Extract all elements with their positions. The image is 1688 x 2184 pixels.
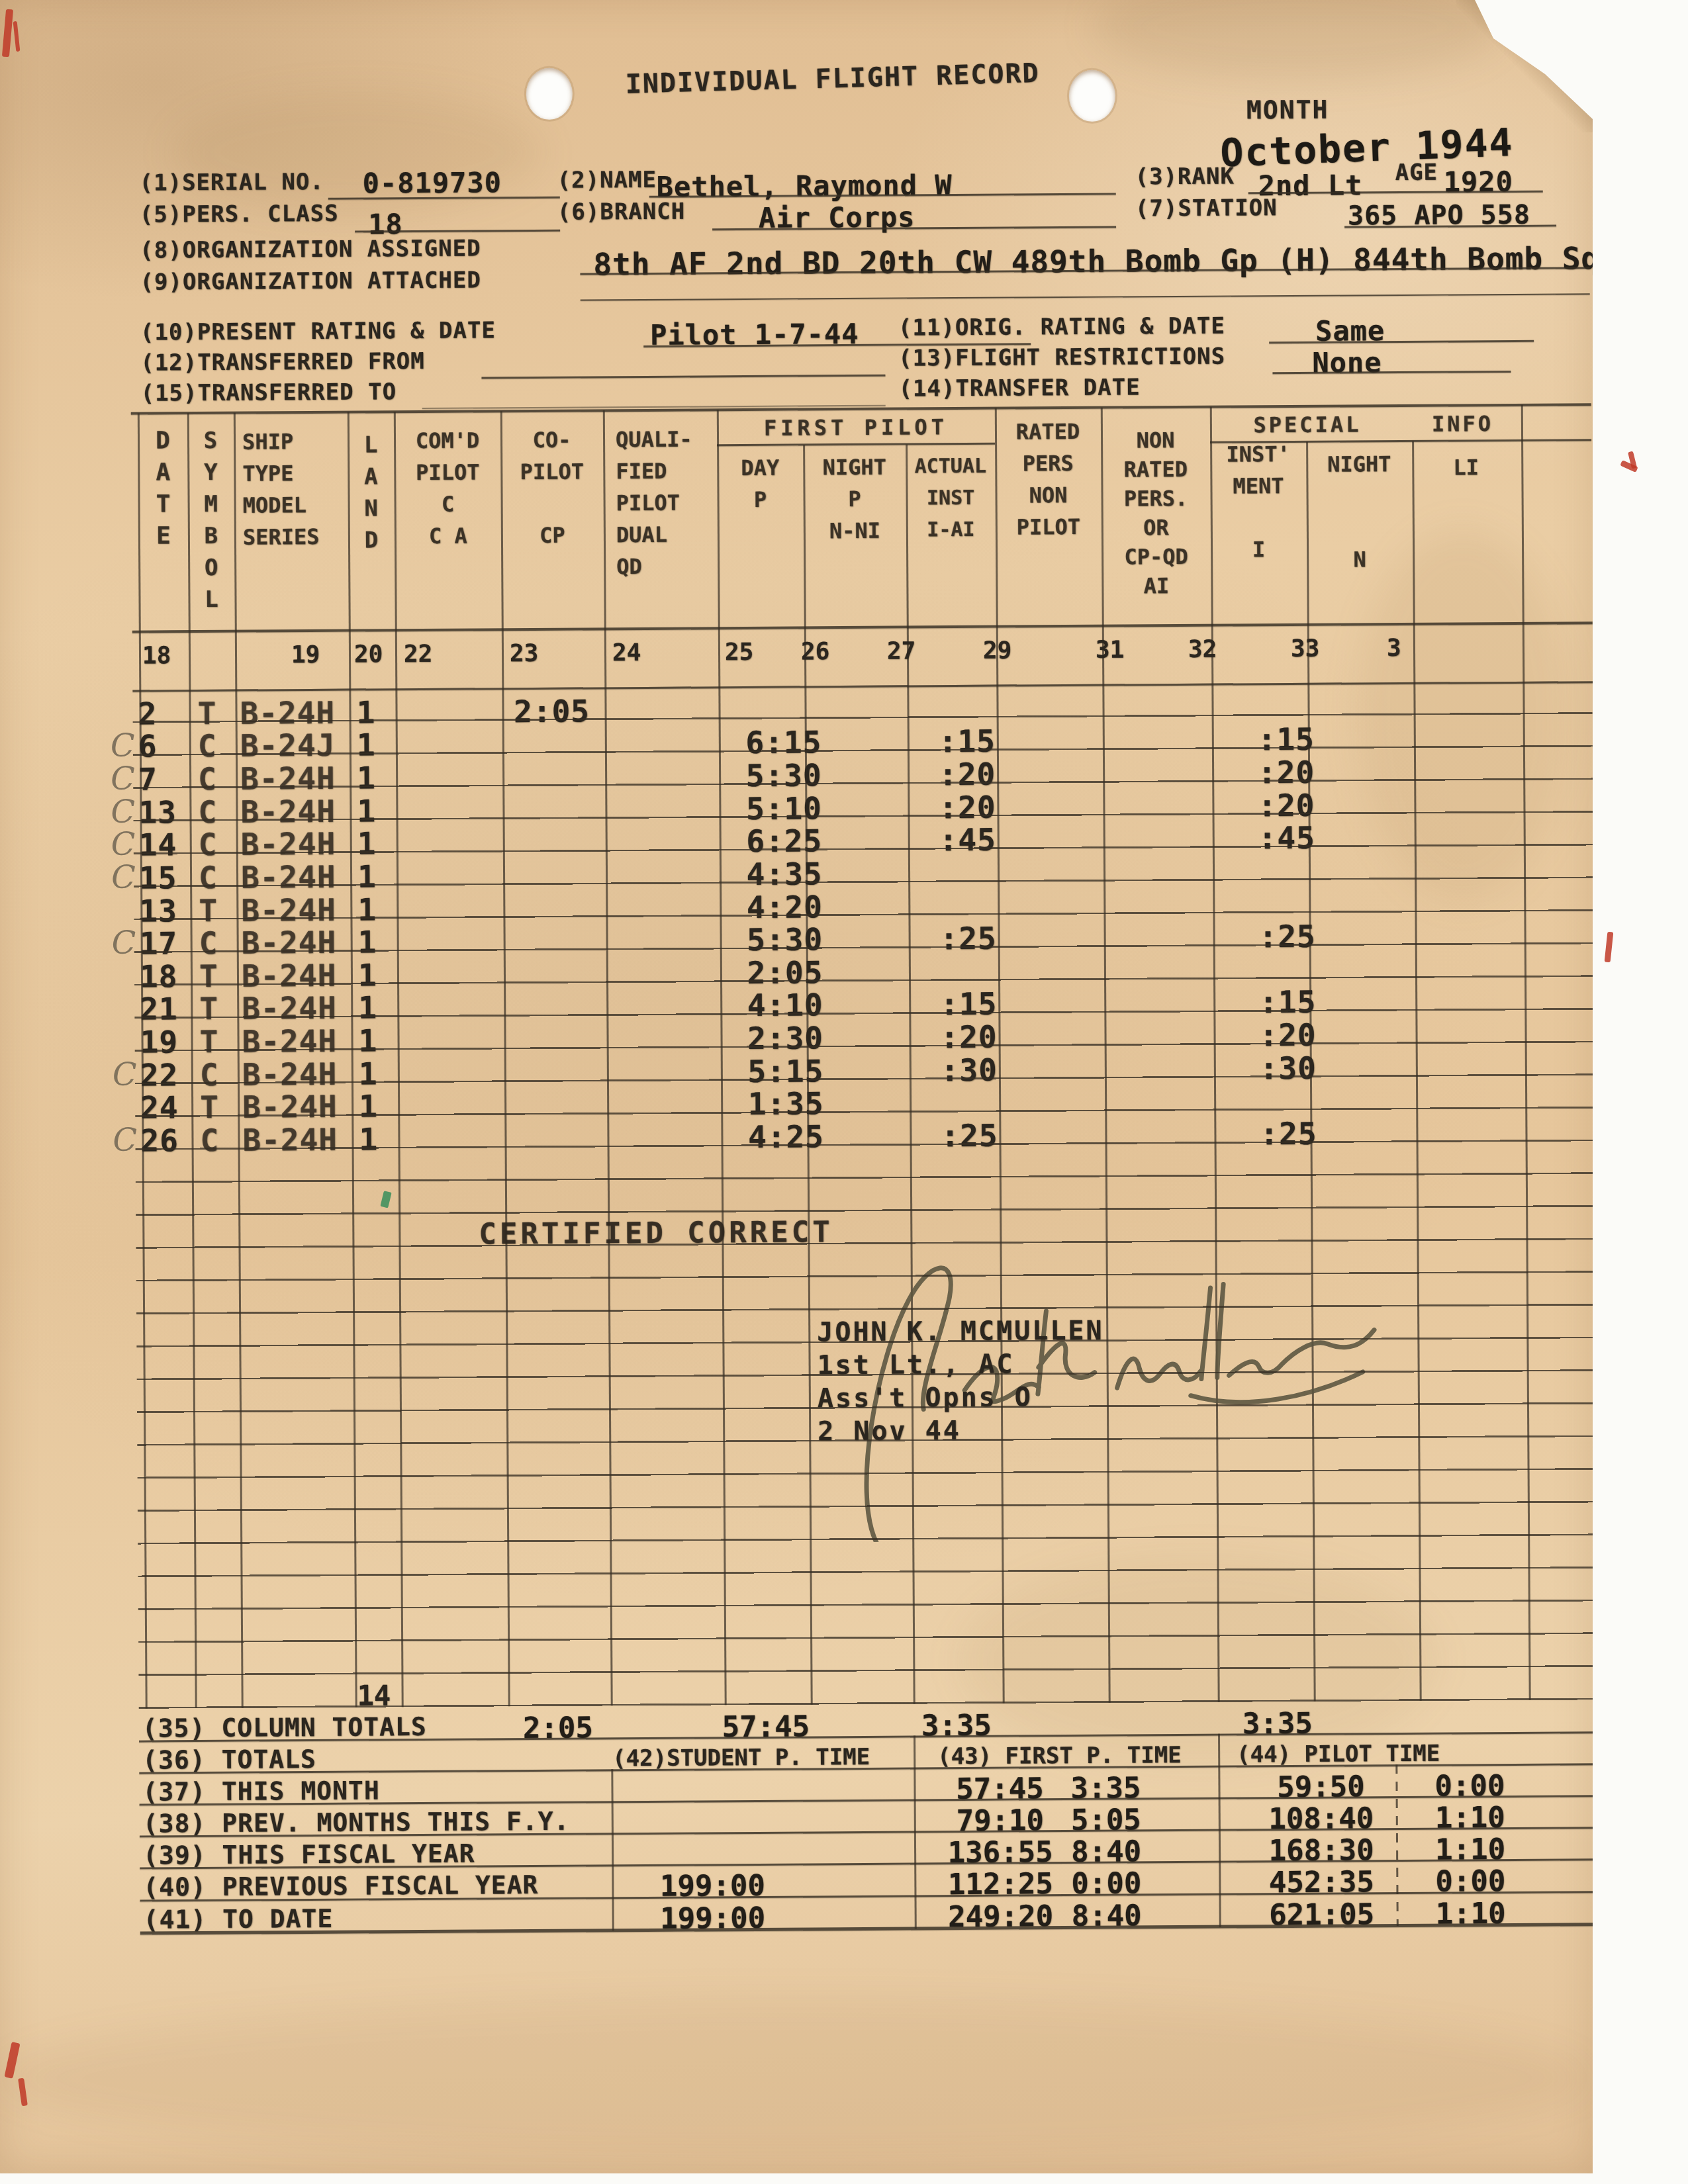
field-name-value: Bethel, Raymond W — [657, 169, 953, 203]
field-serial-label: (1)SERIAL NO. — [140, 169, 324, 197]
col-number: 33 — [1291, 635, 1320, 662]
group-header-info: INFO — [1432, 408, 1524, 440]
row37-firstp2: 3:35 — [1036, 1771, 1175, 1805]
col-number: 32 — [1188, 636, 1217, 663]
field-branch-text: BRANCH — [600, 199, 685, 226]
row-instrument: :25 — [1232, 1116, 1344, 1152]
field-rating-text: PRESENT RATING & DATE — [197, 317, 496, 345]
field-orig-rating-text: ORIG. RATING & DATE — [955, 313, 1225, 341]
field-transfer-date-text: TRANSFER DATE — [955, 374, 1140, 402]
field-rank-text: RANK — [1178, 163, 1235, 190]
field-persclass-num: (5) — [140, 201, 183, 228]
col-header-qualified: QUALI- FIED PILOT DUAL QD — [606, 423, 722, 582]
field-org-attached-label: (9)ORGANIZATION ATTACHED — [140, 267, 481, 295]
totals-vline-dashed — [1395, 1764, 1398, 1926]
row39-num: (39) — [143, 1841, 207, 1870]
row36-num: (36) — [142, 1745, 206, 1775]
row-copilot-time — [498, 1156, 611, 1156]
col-number: 20 — [354, 641, 383, 668]
group-header-special: SPECIAL — [1211, 408, 1403, 441]
field-orig-rating-label: (11)ORIG. RATING & DATE — [898, 313, 1225, 341]
col-header-link: LI — [1413, 451, 1561, 483]
col-number: 26 — [801, 638, 830, 665]
col-number: 22 — [404, 641, 433, 668]
field-org-attached-text: ORGANIZATION ATTACHED — [183, 267, 481, 295]
field-station-text: STATION — [1178, 195, 1278, 222]
row41-label: (41) TO DATE — [144, 1904, 334, 1934]
signature — [765, 1221, 1422, 1543]
total-copilot: 2:05 — [489, 1711, 628, 1745]
field-rank-label: (3)RANK — [1135, 163, 1235, 190]
field-rating-num: (10) — [140, 319, 197, 346]
field-transferred-to-label: (15)TRANSFERRED TO — [140, 379, 397, 406]
row-day-time: 4:25 — [729, 1118, 842, 1155]
row39-firstp2: 8:40 — [1037, 1835, 1176, 1869]
form-rule — [481, 375, 885, 379]
field-transfer-date-label: (14)TRANSFER DATE — [898, 374, 1140, 402]
row41-num: (41) — [144, 1905, 207, 1934]
pencil-mark: C — [113, 1122, 142, 1159]
col-header-instrument: INST' MENT I — [1211, 438, 1305, 566]
field-age-value: 1920 — [1444, 165, 1513, 199]
col-number: 23 — [510, 640, 539, 667]
row38-pilot2: 1:10 — [1401, 1801, 1540, 1835]
col-header-copilot: CO- PILOT CP — [502, 424, 602, 551]
row40-label: (40) PREVIOUS FISCAL YEAR — [143, 1870, 538, 1902]
header-bottom-rule — [132, 621, 1593, 633]
col-header-ship: SHIP TYPE MODEL SERIES — [238, 426, 351, 553]
field-station-label: (7)STATION — [1135, 195, 1278, 222]
field-serial-num: (1) — [140, 169, 183, 196]
row-date: 26 — [140, 1122, 196, 1159]
col-header-symbol: S Y M B O L — [189, 425, 234, 615]
col-number: 27 — [887, 637, 916, 664]
field-rating-label: (10)PRESENT RATING & DATE — [140, 317, 496, 345]
row-ship: B-24H — [242, 1122, 364, 1158]
row35-text: COLUMN TOTALS — [221, 1712, 427, 1743]
field-station-num: (7) — [1135, 195, 1178, 222]
row41-text: TO DATE — [222, 1904, 333, 1934]
field-org-assigned-num: (8) — [140, 237, 183, 263]
field-name-label: (2)NAME — [557, 167, 657, 194]
punch-hole — [1069, 70, 1115, 122]
field-serial-text: SERIAL NO. — [182, 169, 324, 196]
field-restrictions-num: (13) — [898, 345, 955, 372]
group-header-first-pilot: FIRST PILOT — [717, 411, 995, 445]
field-persclass-label: (5)PERS. CLASS — [140, 201, 339, 228]
month-label: MONTH — [1246, 95, 1329, 125]
row40-num: (40) — [143, 1872, 207, 1902]
col-header-night: NIGHT P N-NI — [804, 451, 905, 547]
row38-firstp2: 5:05 — [1037, 1803, 1176, 1837]
col-number: 18 — [142, 642, 171, 669]
form-rule — [1272, 371, 1511, 374]
row-symbol: C — [200, 1122, 236, 1158]
field-rank-num: (3) — [1135, 163, 1178, 190]
field-age-label: AGE — [1395, 159, 1438, 186]
form-rule — [355, 230, 560, 233]
row37-pilot2: 0:00 — [1400, 1769, 1539, 1803]
punch-hole — [526, 68, 573, 120]
red-pen-mark — [1605, 932, 1614, 963]
total-day: 57:45 — [696, 1709, 835, 1744]
field-transferred-from-label: (12)TRANSFERRED FROM — [140, 348, 425, 377]
field-persclass-text: PERS. CLASS — [182, 201, 338, 228]
col-number: 3 — [1387, 635, 1401, 662]
field-transfer-date-num: (14) — [898, 375, 955, 402]
field-name-num: (2) — [557, 167, 600, 193]
field-transferred-from-text: TRANSFERRED FROM — [197, 348, 425, 376]
field-orig-rating-num: (11) — [898, 314, 955, 341]
field-transferred-to-text: TRANSFERRED TO — [197, 379, 397, 406]
row-actual-inst: :25 — [913, 1118, 1025, 1154]
col-header-nonrated: NON RATED PERS. OR CP-QD AI — [1102, 426, 1210, 601]
row36-label: (36) TOTALS — [142, 1745, 316, 1775]
row37-text: THIS MONTH — [222, 1776, 380, 1805]
row38-num: (38) — [143, 1809, 207, 1839]
certifier-rank: 1st Lt., AC — [817, 1349, 1014, 1381]
page-title: INDIVIDUAL FLIGHT RECORD — [625, 58, 1040, 100]
scanned-flight-record: INDIVIDUAL FLIGHT RECORD MONTH October 1… — [0, 0, 1688, 2184]
certification-date: 2 Nov 44 — [818, 1416, 961, 1447]
field-branch-label: (6)BRANCH — [557, 199, 685, 226]
col-header-date: D A T E — [139, 425, 187, 552]
field-org-assigned-label: (8)ORGANIZATION ASSIGNED — [140, 235, 481, 263]
totals-vline — [611, 1769, 614, 1931]
field-name-text: NAME — [600, 167, 657, 194]
form-rule — [581, 293, 1590, 300]
landings-column-total: 14 — [357, 1679, 391, 1711]
row37-label: (37) THIS MONTH — [142, 1776, 379, 1806]
field-restrictions-text: FLIGHT RESTRICTIONS — [955, 343, 1225, 371]
row39-pilot2: 1:10 — [1401, 1833, 1540, 1867]
total-actual-inst: 3:35 — [887, 1708, 1026, 1743]
field-restrictions-label: (13)FLIGHT RESTRICTIONS — [898, 343, 1225, 372]
row37-num: (37) — [142, 1777, 206, 1807]
row36-text: TOTALS — [221, 1745, 316, 1774]
field-org-assigned-value: 8th AF 2nd BD 20th CW 489th Bomb Gp (H) … — [593, 240, 1593, 282]
row-landings: 1 — [359, 1121, 391, 1157]
total-instrument: 3:35 — [1208, 1706, 1347, 1741]
row38-pilot1: 108:40 — [1252, 1801, 1391, 1836]
col-header-rated-pers: RATED PERS NON PILOT — [996, 416, 1100, 543]
field-transferred-from-num: (12) — [140, 349, 197, 377]
row37-pilot1: 59:50 — [1251, 1770, 1390, 1804]
col-number: 25 — [725, 639, 754, 666]
col-header-comd-pilot: COM'D PILOT C C A — [396, 424, 500, 552]
row39-pilot1: 168:30 — [1252, 1833, 1391, 1868]
field-org-attached-num: (9) — [140, 269, 183, 295]
col-number: 24 — [612, 639, 641, 666]
green-pen-mark — [380, 1191, 391, 1208]
paper-sheet: INDIVIDUAL FLIGHT RECORD MONTH October 1… — [0, 0, 1593, 2173]
form-rule — [1269, 340, 1534, 343]
certifier-role: Ass't Opns O — [818, 1382, 1033, 1414]
col-number: 19 — [291, 641, 320, 668]
field-restrictions-value: None — [1312, 346, 1382, 379]
col-header-night-info: NIGHT N — [1307, 448, 1411, 576]
field-serial-value: 0-819730 — [363, 166, 502, 199]
certifier-typed-name: JOHN K. MCMULLEN — [817, 1316, 1104, 1348]
typed-content: INDIVIDUAL FLIGHT RECORD MONTH October 1… — [0, 0, 1593, 2173]
field-org-assigned-text: ORGANIZATION ASSIGNED — [183, 235, 481, 263]
col-number: 29 — [983, 637, 1012, 664]
col-header-day: DAY P — [718, 451, 802, 516]
col-number: 31 — [1096, 637, 1125, 664]
field-branch-num: (6) — [557, 199, 600, 225]
field-transferred-to-num: (15) — [140, 380, 197, 407]
col-header-actual-inst: ACTUAL INST I-AI — [907, 451, 994, 547]
row40-text: PREVIOUS FISCAL YEAR — [222, 1870, 539, 1901]
col-header-land: L A N D — [349, 429, 393, 556]
row35-num: (35) — [142, 1713, 206, 1743]
